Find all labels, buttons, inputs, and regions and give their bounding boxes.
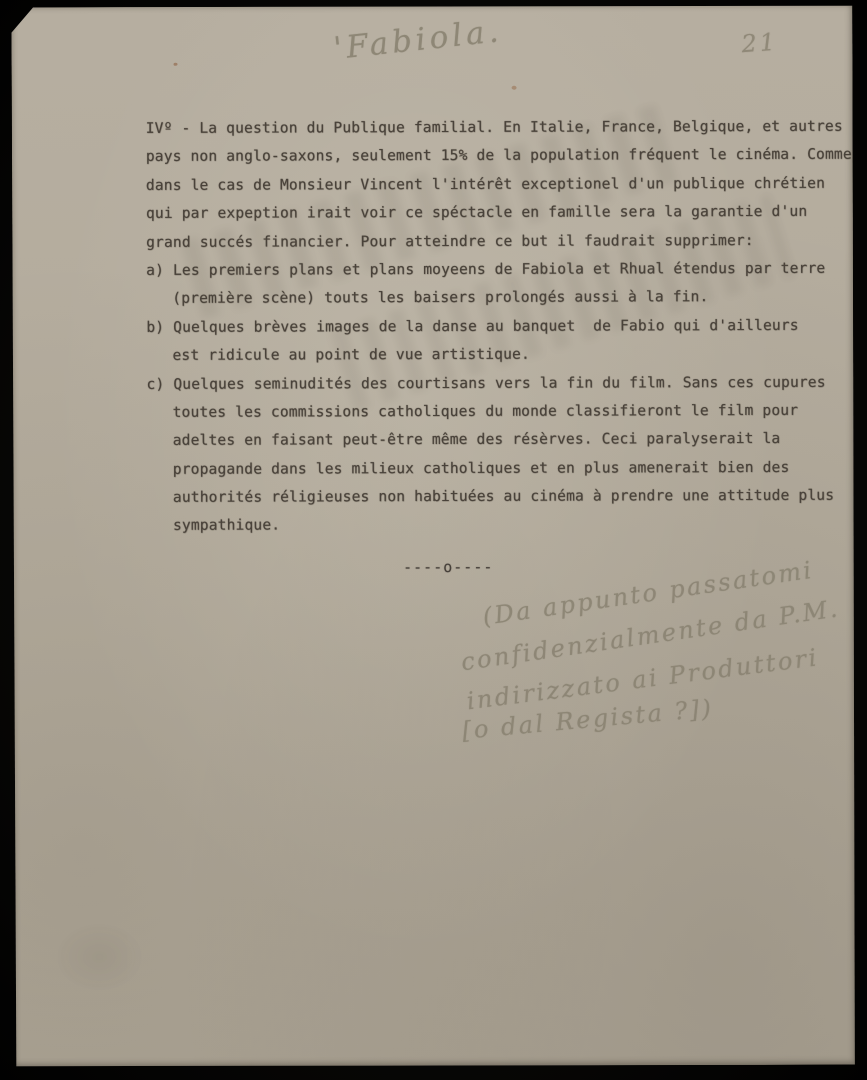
handwritten-title: 'Fabiola. [332, 13, 504, 67]
section-divider: ----o---- [403, 558, 493, 576]
typed-line: IVº - La question du Publique familial. … [146, 113, 852, 144]
typed-line: pays non anglo-saxons, seulement 15% de … [146, 141, 852, 172]
typed-line: a) Les premiers plans et plans moyeens d… [146, 255, 852, 286]
scan-background: 'Fabiola. 21 IVº - La question du Publiq… [0, 0, 867, 1080]
pencil-smudge [54, 922, 144, 992]
document-page: 'Fabiola. 21 IVº - La question du Publiq… [11, 5, 855, 1068]
typed-line: toutes les commissions catholiques du mo… [147, 397, 853, 428]
foxing-spot [512, 86, 517, 90]
typed-line: c) Quelques seminudités des courtisans v… [146, 368, 852, 399]
typed-line: dans le cas de Monsieur Vincent l'intérê… [146, 169, 852, 200]
page-number: 21 [740, 28, 778, 59]
typed-body: IVº - La question du Publique familial. … [146, 113, 853, 541]
typed-line: propagande dans les milieux catholiques … [147, 453, 853, 484]
typed-line: est ridicule au point de vue artistique. [146, 340, 852, 371]
typed-line: qui par expeption irait voir ce spéctacl… [146, 198, 852, 229]
typed-line: authorités réligieuses non habituées au … [147, 482, 853, 513]
typed-line: grand succés financier. Pour atteindre c… [146, 226, 852, 257]
typed-line: b) Quelques brèves images de la danse au… [146, 311, 852, 342]
typed-line: (première scène) touts les baisers prolo… [146, 283, 852, 314]
typed-line: sympathique. [147, 510, 853, 541]
foxing-spot [174, 63, 178, 66]
typed-line: adeltes en faisant peut-être même des ré… [147, 425, 853, 456]
handwritten-note: (Da appunto passatomiconfidenzialmente d… [11, 5, 852, 8]
